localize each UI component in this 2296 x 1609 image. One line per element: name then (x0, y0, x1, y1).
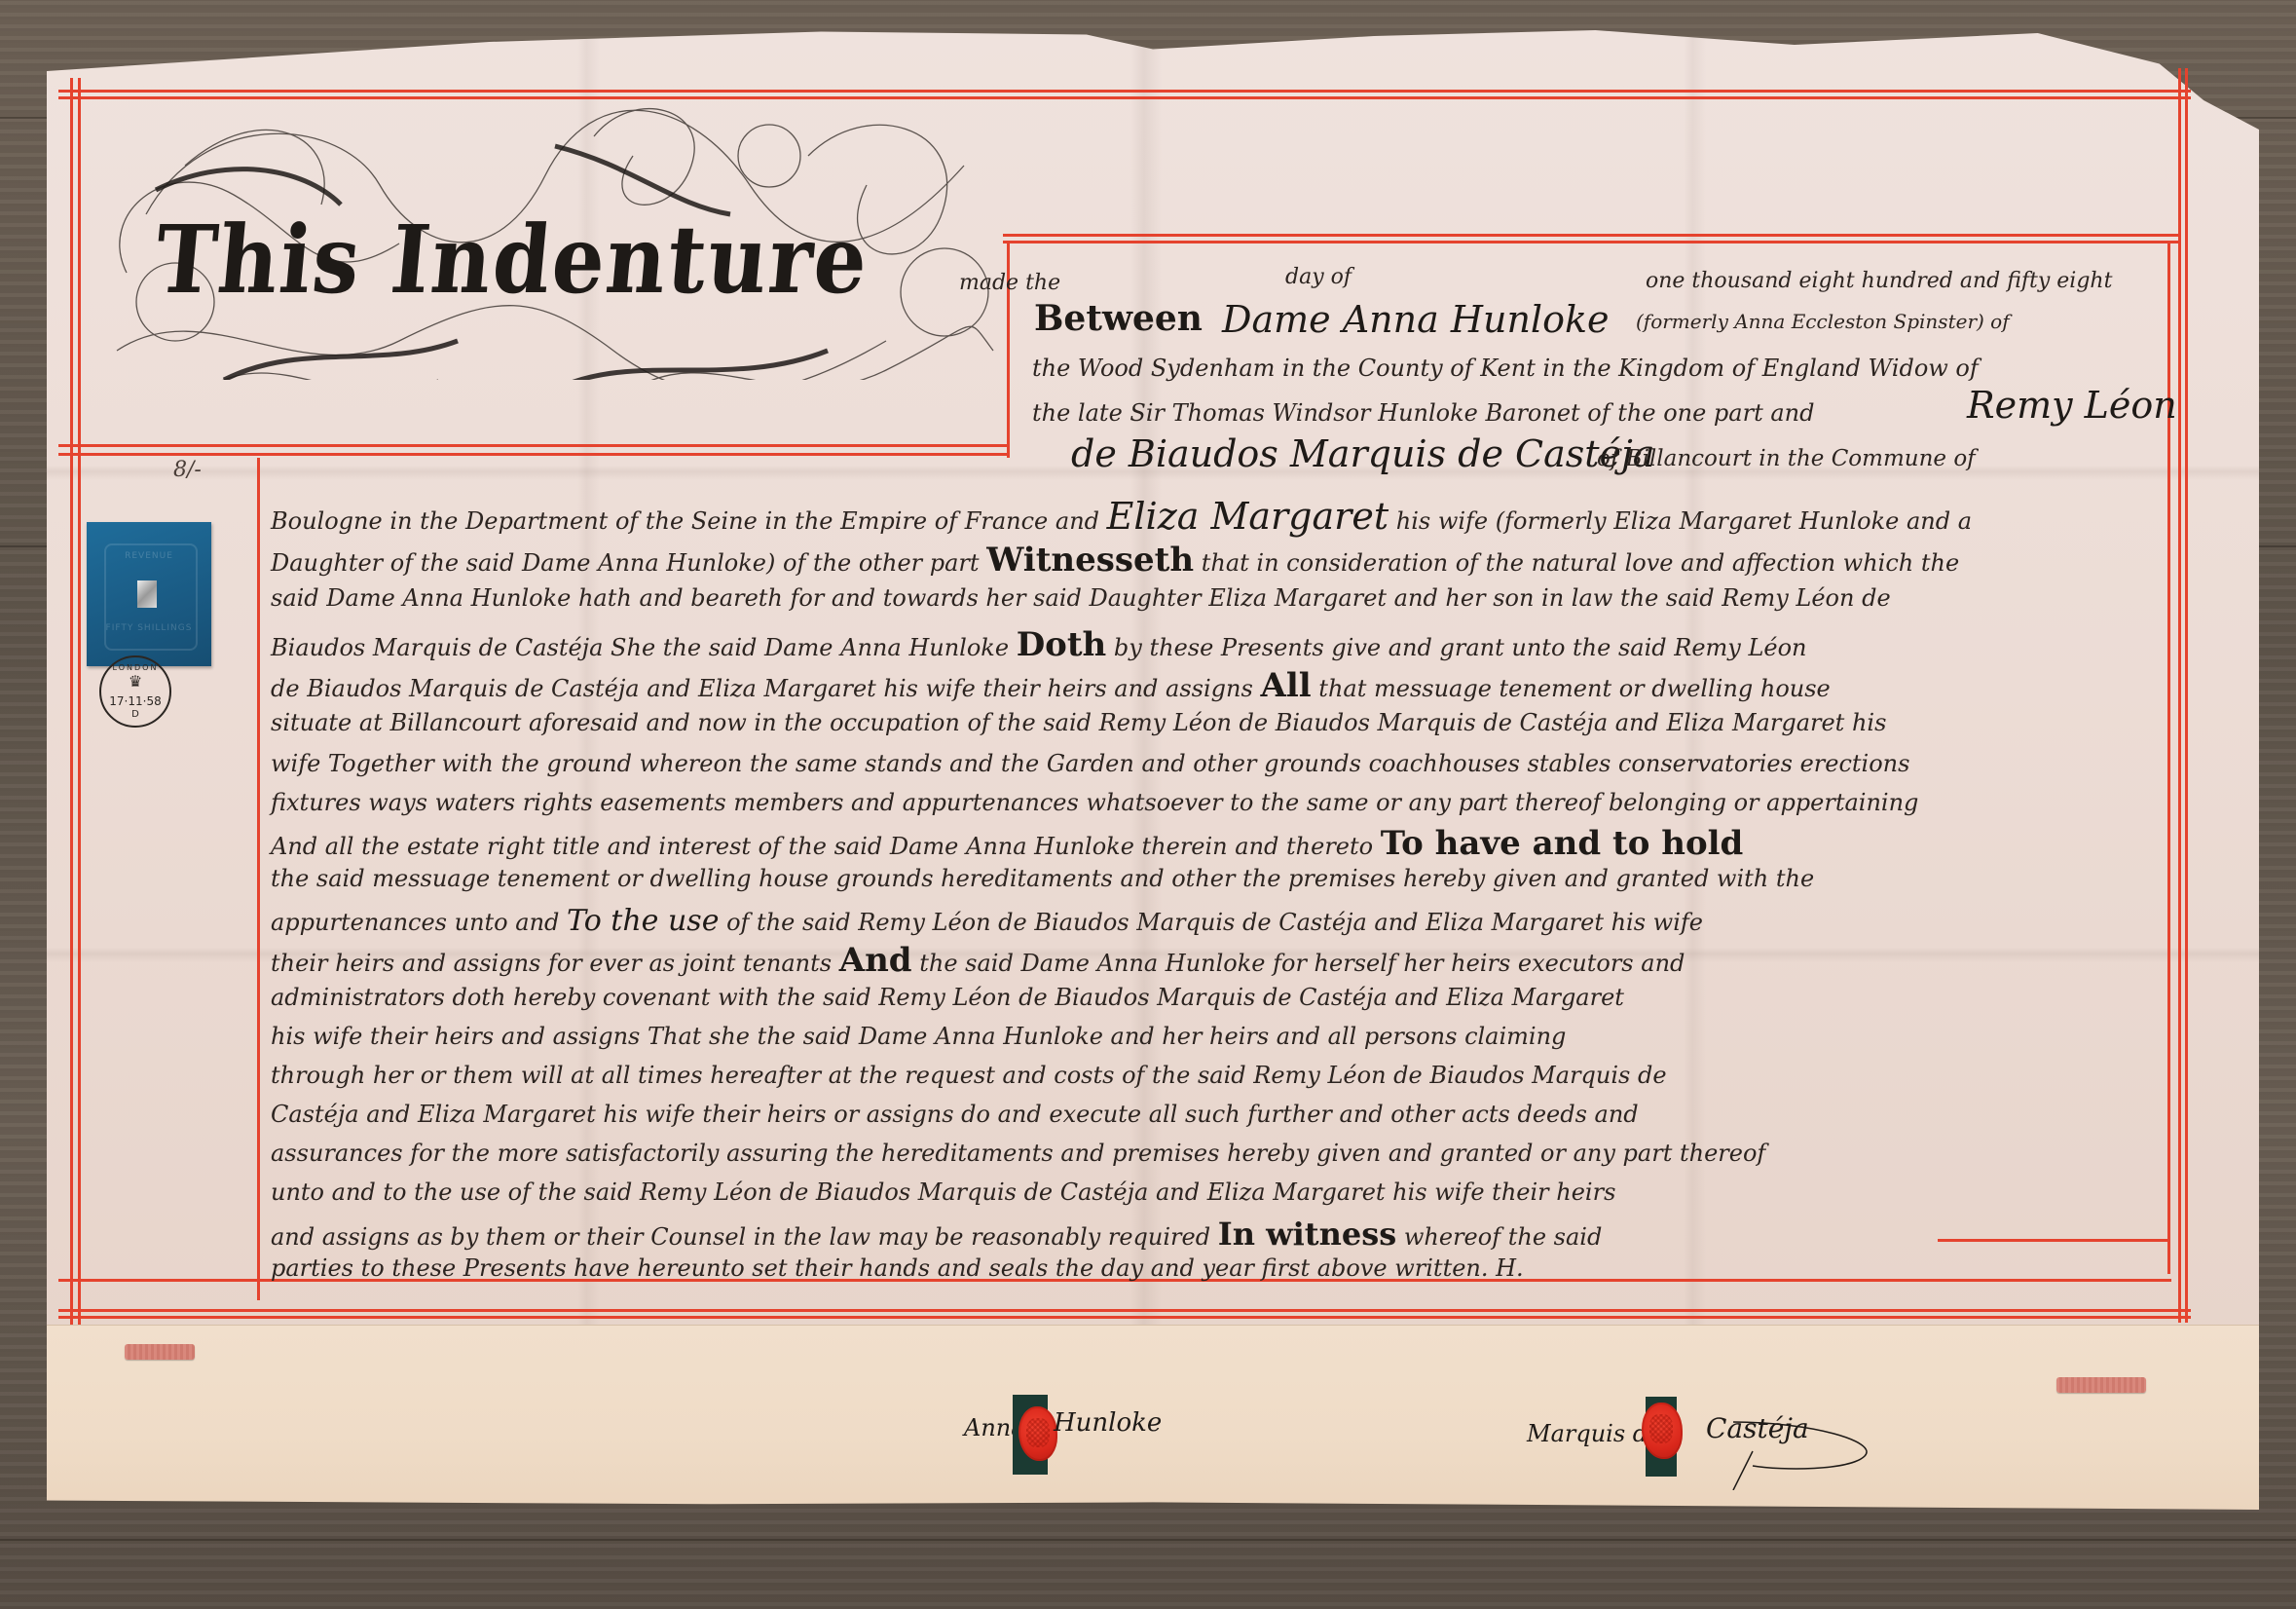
stamp-foil (137, 580, 157, 608)
binding-tape-left (125, 1344, 195, 1360)
revenue-stamp: REVENUE FIFTY SHILLINGS (87, 522, 211, 666)
body-line: Boulogne in the Department of the Seine … (271, 495, 1972, 538)
red-rule (1003, 241, 2181, 243)
postmark-date: 17·11·58 (101, 694, 169, 708)
party2-name-part1: Remy Léon (1967, 384, 2177, 427)
made-the-text: made the (959, 271, 1060, 295)
body-line: Biaudos Marquis de Castéja She the said … (271, 625, 1807, 664)
year-text: one thousand eight hundred and fifty eig… (1646, 269, 2112, 293)
signature-hunloke: Hunloke (1054, 1408, 1162, 1438)
body-line: Daughter of the said Dame Anna Hunloke) … (271, 541, 1959, 580)
body-line: parties to these Presents have hereunto … (271, 1254, 1524, 1282)
red-rule (58, 90, 2191, 93)
body-line: administrators doth hereby covenant with… (271, 984, 1624, 1011)
body-line: their heirs and assigns for ever as join… (271, 941, 1685, 980)
body-line: And all the estate right title and inter… (271, 824, 1743, 863)
crown-icon: ♛ (101, 672, 169, 691)
red-rule (78, 78, 81, 1334)
document-title: This Indenture (151, 205, 873, 315)
header-line-2: the Wood Sydenham in the County of Kent … (1032, 355, 1979, 382)
between-word: Between (1034, 298, 1203, 339)
red-rule (58, 1309, 2191, 1312)
stamp-value-text: FIFTY SHILLINGS (87, 623, 211, 633)
red-rule (257, 458, 260, 1300)
red-rule (58, 1316, 2191, 1319)
red-rule (2178, 68, 2181, 1323)
wax-seal-left (1018, 1406, 1057, 1461)
day-of-text: day of (1285, 265, 1352, 289)
party2-name-part2: de Biaudos Marquis de Castéja (1071, 432, 1654, 475)
margin-note: 8/- (173, 458, 202, 482)
stamp-top-text: REVENUE (87, 551, 211, 561)
body-line: his wife their heirs and assigns That sh… (271, 1023, 1566, 1050)
body-line: and assigns as by them or their Counsel … (271, 1216, 1602, 1253)
party1-former-name: (formerly Anna Eccleston Spinster) of (1636, 310, 2010, 333)
body-line: situate at Billancourt aforesaid and now… (271, 709, 1886, 736)
postmark-city: LONDON (101, 663, 169, 672)
party1-name: Dame Anna Hunloke (1222, 298, 1609, 341)
wax-seal-right (1642, 1403, 1683, 1459)
london-postmark: LONDON ♛ 17·11·58 D (99, 655, 171, 728)
body-line: Castéja and Eliza Margaret his wife thei… (271, 1101, 1639, 1128)
body-line: wife Together with the ground whereon th… (271, 750, 1909, 777)
header-line-4: of Billancourt in the Commune of (1597, 446, 1976, 471)
red-rule (1003, 234, 2181, 237)
red-rule (58, 453, 1008, 456)
body-line: fixtures ways waters rights easements me… (271, 789, 1918, 816)
header-line-3: the late Sir Thomas Windsor Hunloke Baro… (1032, 399, 1814, 427)
binding-tape-right (2056, 1377, 2146, 1393)
body-line: the said messuage tenement or dwelling h… (271, 865, 1814, 892)
wood-grain-line (0, 1539, 2296, 1541)
red-rule (70, 78, 73, 1334)
body-line: said Dame Anna Hunloke hath and beareth … (271, 584, 1891, 612)
body-line: unto and to the use of the said Remy Léo… (271, 1179, 1615, 1206)
body-line: de Biaudos Marquis de Castéja and Eliza … (271, 666, 1831, 705)
red-rule (2185, 68, 2188, 1323)
postmark-letter: D (101, 709, 169, 720)
body-line: appurtenances unto and To the use of the… (271, 904, 1703, 938)
body-line: assurances for the more satisfactorily a… (271, 1140, 1765, 1167)
body-line: through her or them will at all times he… (271, 1062, 1667, 1089)
signature-flourish (1694, 1403, 1889, 1490)
red-rule (1938, 1239, 2167, 1242)
red-rule (58, 444, 1008, 447)
